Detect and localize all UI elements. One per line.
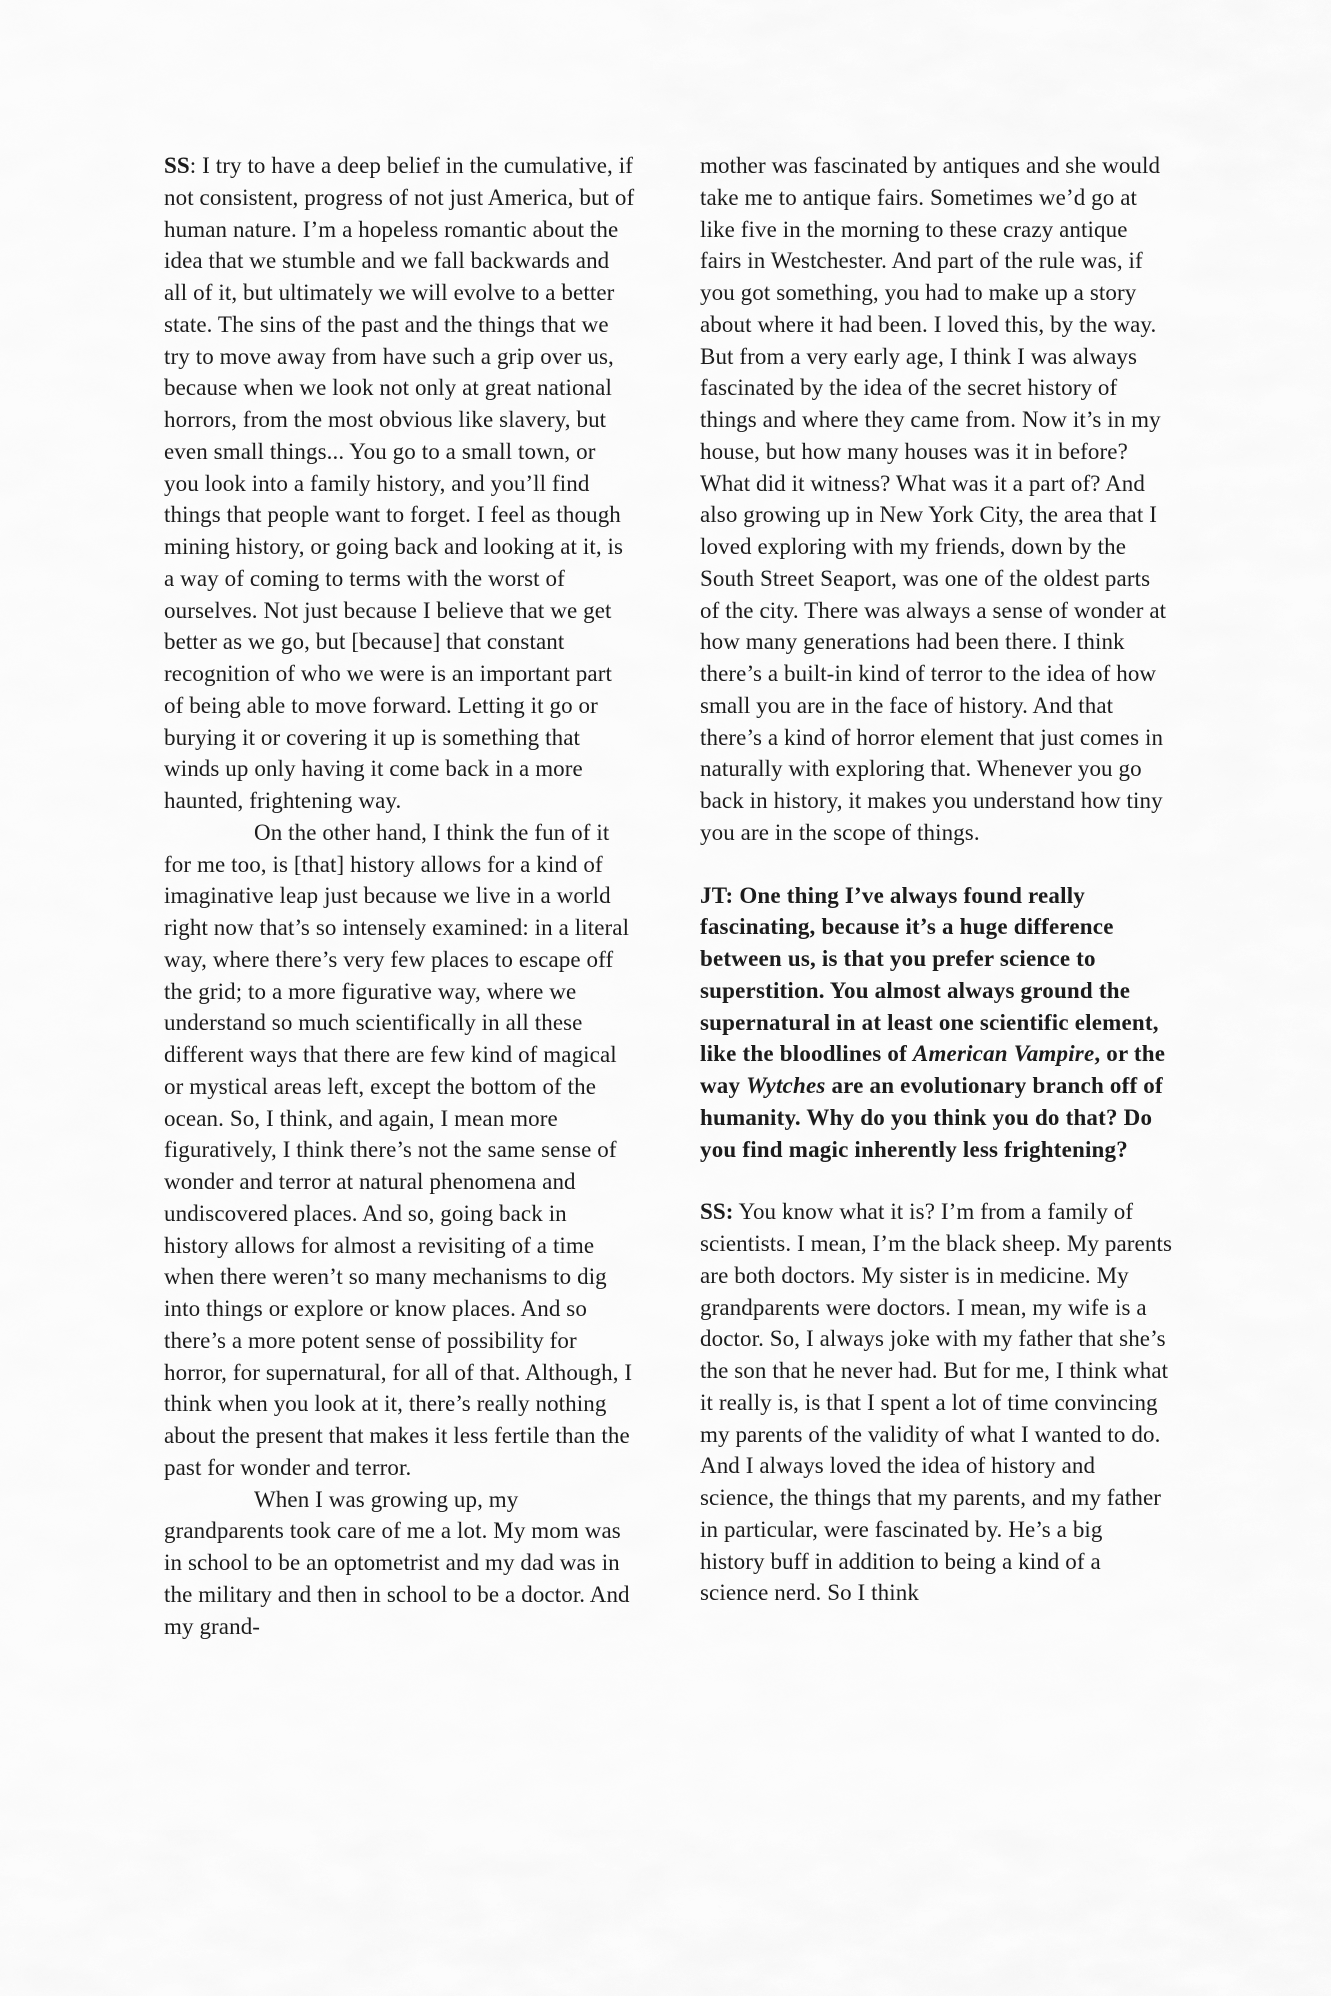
paragraph: When I was growing up, my grandparents t… (164, 1484, 636, 1643)
paragraph: JT: One thing I’ve always found really f… (700, 880, 1172, 1166)
left-column: SS: I try to have a deep belief in the c… (164, 150, 636, 1642)
text-run: American Vampire (913, 1041, 1094, 1066)
page: SS: I try to have a deep belief in the c… (0, 0, 1331, 1996)
text-run: JT: One thing I’ve always found really f… (700, 883, 1159, 1067)
text-run: Wytches (746, 1073, 825, 1098)
paragraph: mother was fascinated by antiques and sh… (700, 150, 1172, 849)
text-run: mother was fascinated by antiques and sh… (700, 153, 1166, 845)
paragraph: SS: You know what it is? I’m from a fami… (700, 1196, 1172, 1609)
text-run: On the other hand, I think the fun of it… (164, 820, 632, 1480)
speaker-label: SS: (700, 1199, 734, 1224)
speaker-label: SS (164, 153, 190, 178)
paragraph: On the other hand, I think the fun of it… (164, 817, 636, 1484)
text-run: You know what it is? I’m from a family o… (700, 1199, 1172, 1605)
text-run: : I try to have a deep belief in the cum… (164, 153, 634, 813)
text-run: When I was growing up, my grandparents t… (164, 1487, 630, 1639)
paragraph: SS: I try to have a deep belief in the c… (164, 150, 636, 817)
right-column: mother was fascinated by antiques and sh… (700, 150, 1172, 1609)
